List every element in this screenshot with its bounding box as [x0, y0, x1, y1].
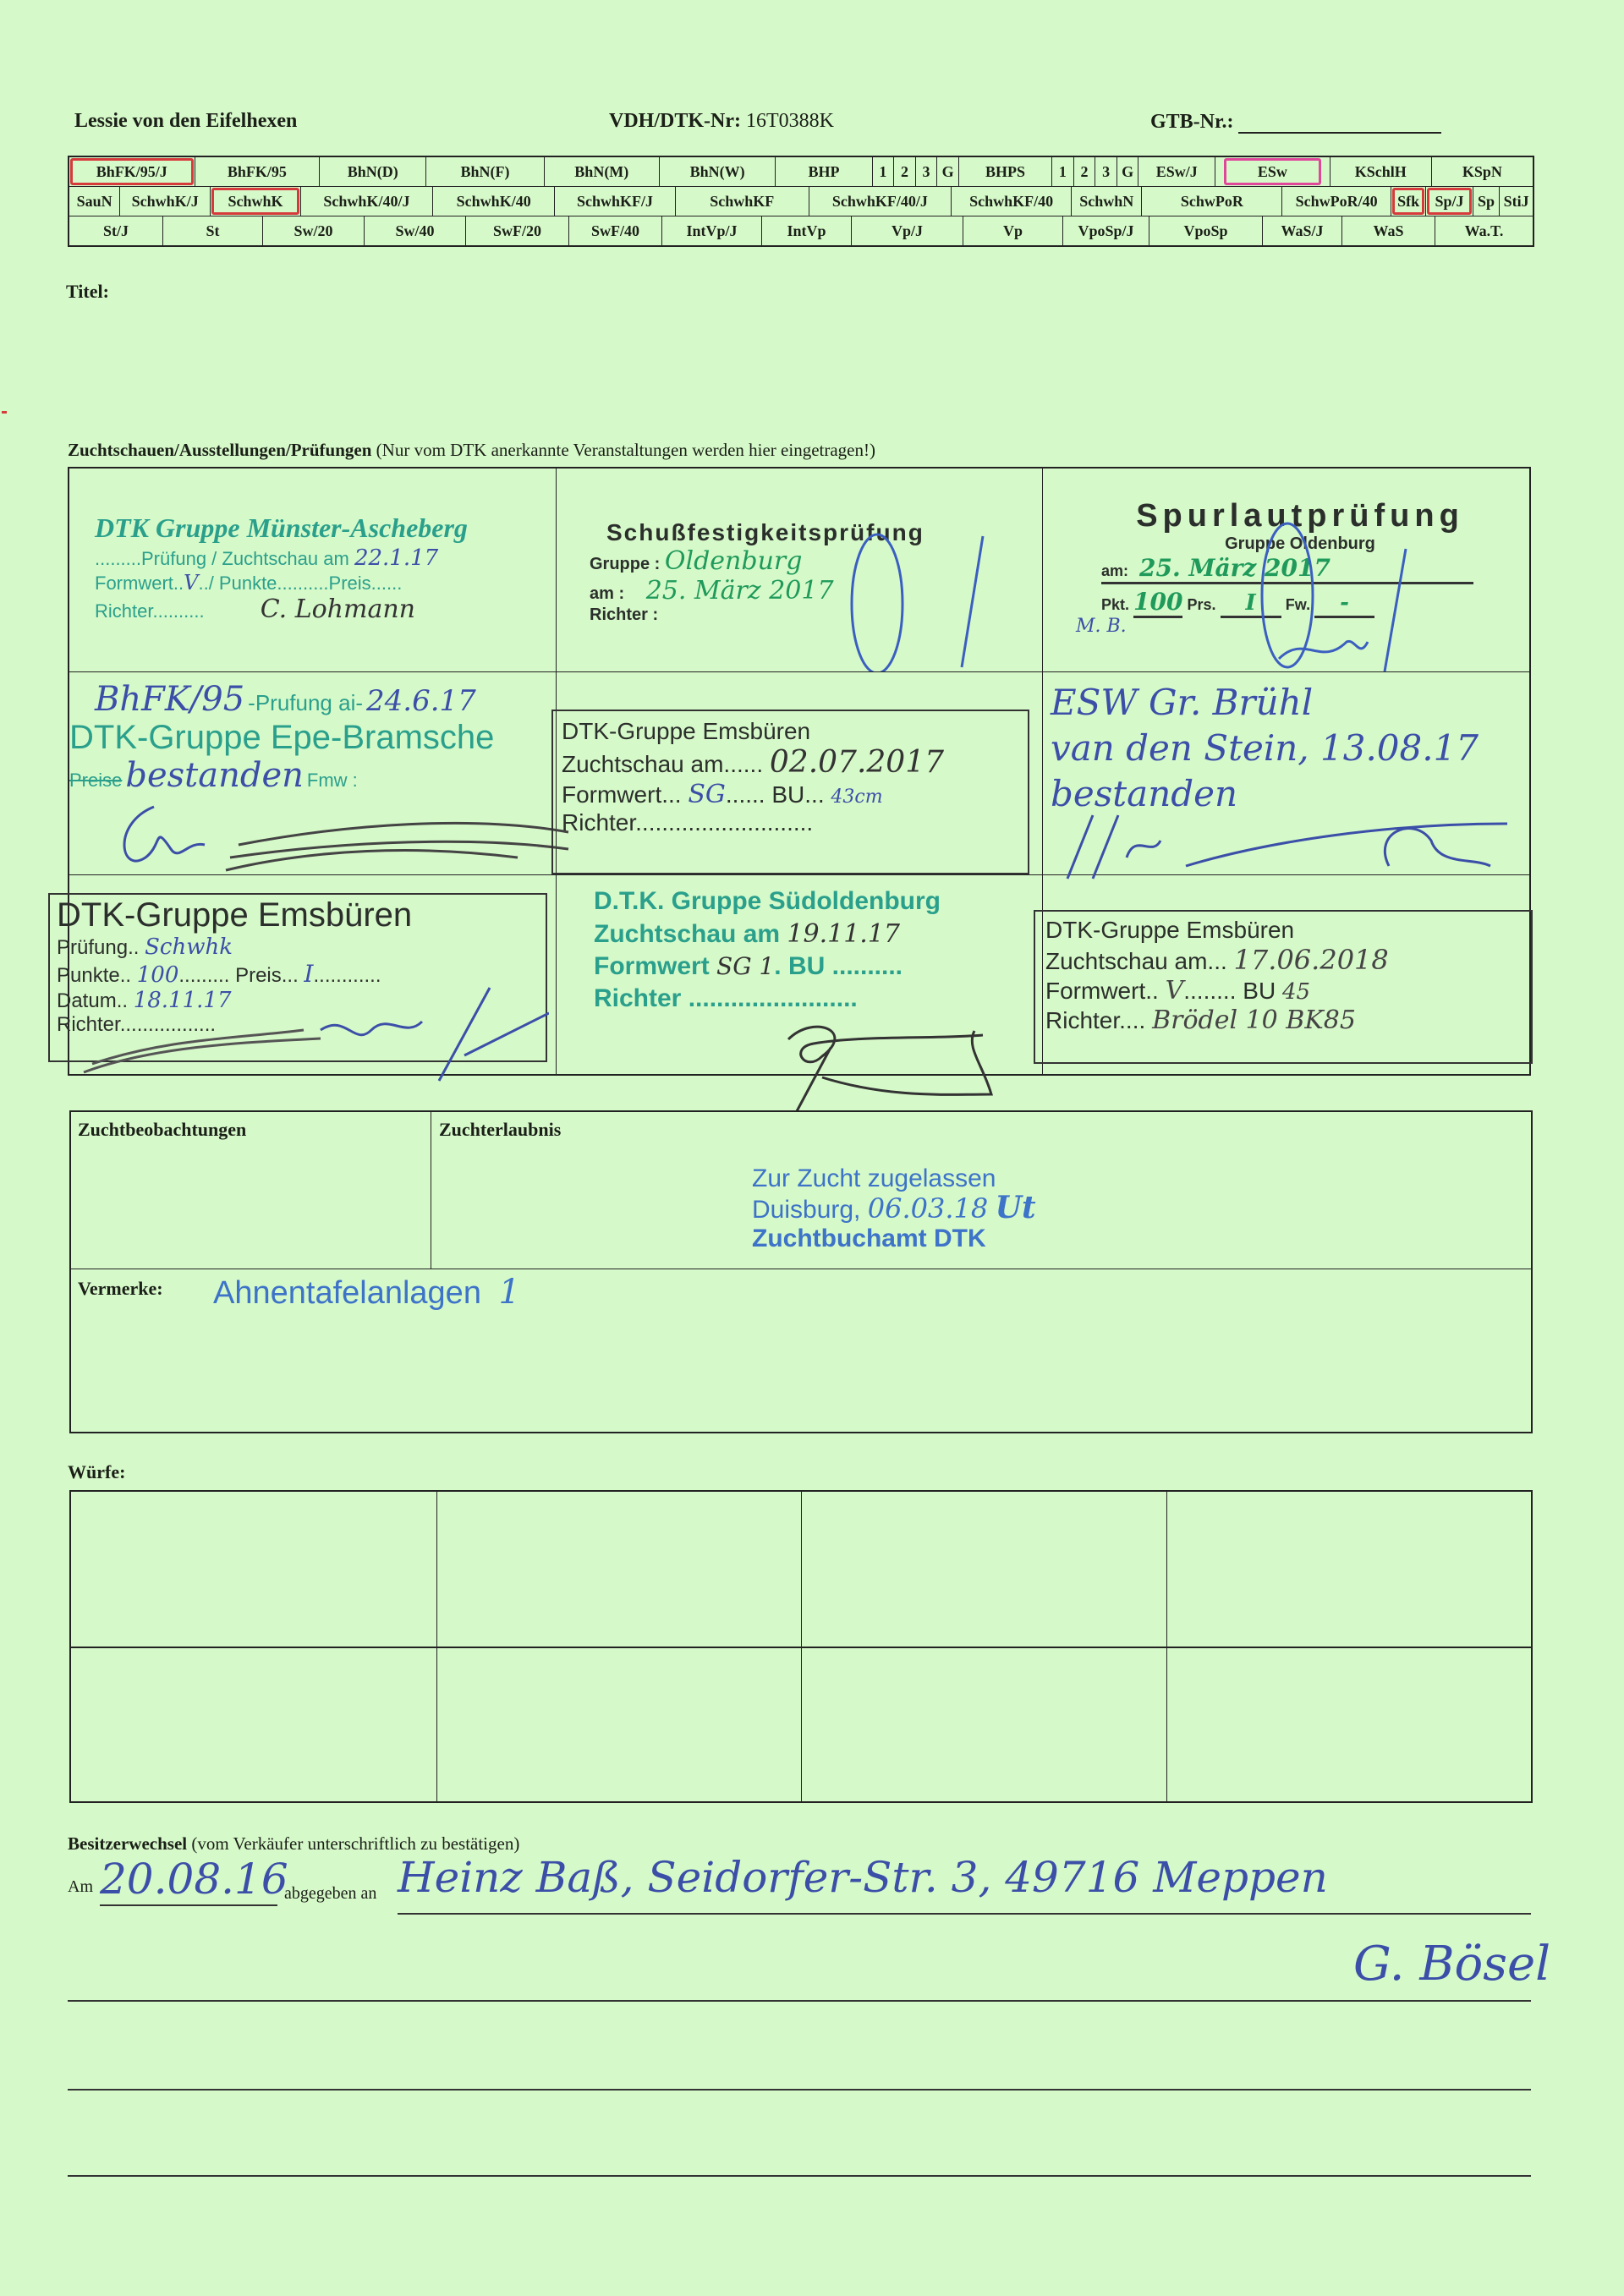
code-cell[interactable]: BhFK/95/J [69, 157, 195, 186]
entry-line: Prüfung.. Schwhk [50, 934, 546, 960]
entry-label: Richter [562, 809, 635, 836]
entry-label: am : [590, 584, 624, 603]
code-cell[interactable]: SchwhK/40/J [300, 187, 432, 216]
entry-label: Preise [69, 770, 122, 791]
permit-stamp-line: Duisburg, 06.03.18 Ut [752, 1193, 1036, 1225]
shows-table: DTK Gruppe Münster-Ascheberg .........Pr… [68, 467, 1531, 1076]
show-entry-epe-bramsche: BhFK/95 -Prufung ai- 24.6.17 DTK-Gruppe … [69, 680, 577, 795]
code-cell[interactable]: SchwhK/40 [432, 187, 554, 216]
show-entry-sudoldenburg: D.T.K. Gruppe Südoldenburg Zuchtschau am… [594, 887, 1051, 1013]
code-cell[interactable]: StiJ [1499, 187, 1533, 216]
code-cell[interactable]: SwF/20 [465, 216, 568, 245]
codes-row: SauNSchwhK/JSchwhKSchwhK/40/JSchwhK/40Sc… [69, 186, 1533, 216]
judge-signature-scribble [67, 979, 549, 1089]
code-cell[interactable]: BhN(M) [544, 157, 659, 186]
entry-line: BhFK/95 -Prufung ai- 24.6.17 [69, 680, 577, 719]
signature-line [68, 2000, 1531, 2002]
code-cell[interactable]: Sp [1473, 187, 1500, 216]
entry-line: Richter.......... C. Lohmann [95, 595, 568, 624]
owner-change-am: Am [68, 1877, 93, 1897]
entry-label: Gruppe : [590, 555, 660, 573]
litter-cell[interactable] [71, 1492, 436, 1647]
judge-signature-scribble [763, 1014, 1034, 1115]
entry-label: Formwert [1045, 978, 1145, 1004]
code-cell[interactable]: 3 [915, 157, 937, 186]
codes-row: St/JStSw/20Sw/40SwF/20SwF/40IntVp/JIntVp… [69, 216, 1533, 245]
owner-change-note: (vom Verkäufer unterschriftlich zu bestä… [191, 1833, 519, 1854]
code-cell[interactable]: BHPS [958, 157, 1051, 186]
code-cell[interactable]: 3 [1095, 157, 1116, 186]
code-cell[interactable]: SchwPoR [1141, 187, 1281, 216]
entry-label: -Prufung ai- [248, 690, 363, 715]
permit-stamp: Zur Zucht zugelassen Duisburg, 06.03.18 … [752, 1164, 1036, 1253]
judge-signature-scribble [1051, 807, 1524, 883]
entry-label: Zuchtschau am [1045, 948, 1207, 974]
entry-date: 24.6.17 [366, 684, 476, 718]
owner-change-date: 20.08.16 [100, 1854, 277, 1906]
code-cell[interactable]: SchwPoR/40 [1281, 187, 1391, 216]
code-cell[interactable]: BHP [775, 157, 871, 186]
litters-label: Würfe: [68, 1461, 125, 1483]
entry-formwert: V [1166, 976, 1184, 1006]
entry-bu: 43cm [831, 786, 882, 808]
code-cell[interactable]: Sfk [1391, 187, 1426, 216]
code-cell[interactable]: ESw [1215, 157, 1330, 186]
show-entry-emsburen-1: DTK-Gruppe Emsbüren Zuchtschau am...... … [551, 710, 1029, 874]
show-entry-shot-test: Schußfestigkeitsprüfung Gruppe : Oldenbu… [590, 519, 1046, 625]
entry-formwert: SG 1 [716, 952, 774, 980]
litter-cell[interactable] [1166, 1492, 1532, 1647]
code-cell[interactable]: St/J [69, 216, 162, 245]
vdh-label: VDH/DTK-Nr: [609, 110, 741, 132]
code-cell[interactable]: SchwhK/J [119, 187, 210, 216]
permit-initials: Ut [996, 1190, 1036, 1225]
litters-grid [69, 1490, 1533, 1803]
entry-label: Richter [594, 984, 681, 1012]
litter-cell[interactable] [801, 1492, 1166, 1647]
show-entry-track-test: Spurlautprüfung Gruppe Oldenburg am: 25.… [1076, 498, 1524, 637]
entry-formwert: SG [688, 780, 726, 809]
margin-mark [2, 411, 7, 414]
code-cell[interactable]: VpoSp/J [1062, 216, 1149, 245]
entry-line: Zuchtschau am...... 02.07.2017 [553, 745, 1028, 780]
litter-cell[interactable] [436, 1492, 802, 1647]
entry-line: Formwert..V../ Punkte..........Preis....… [95, 571, 568, 595]
code-cell[interactable]: IntVp/J [661, 216, 761, 245]
code-cell[interactable]: SchwhKF/40/J [809, 187, 951, 216]
permit-stamp-line: Zuchtbuchamt DTK [752, 1225, 1036, 1253]
code-cell[interactable]: SauN [69, 187, 119, 216]
entry-label: Formwert [594, 952, 710, 980]
entry-result: bestanden [125, 756, 304, 795]
entry-line: Zuchtschau am... 17.06.2018 [1035, 944, 1531, 976]
shows-heading-title: Zuchtschauen/Ausstellungen/Prüfungen [68, 440, 371, 460]
entry-label: / Punkte [209, 573, 277, 594]
code-cell[interactable]: SchwhN [1071, 187, 1141, 216]
code-cell[interactable]: SchwhKF/J [554, 187, 674, 216]
codes-row: BhFK/95/JBhFK/95BhN(D)BhN(F)BhN(M)BhN(W)… [69, 157, 1533, 186]
code-cell[interactable]: 2 [893, 157, 915, 186]
signature-line [398, 1913, 1531, 1915]
entry-label: Formwert [562, 781, 661, 808]
code-cell[interactable]: Sw/40 [364, 216, 465, 245]
owner-change-recipient: Heinz Baß, Seidorfer-Str. 3, 49716 Meppe… [398, 1852, 1328, 1903]
code-cell[interactable]: Vp/J [851, 216, 963, 245]
entry-formwert: V [184, 571, 198, 595]
entry-label: Pkt. [1101, 596, 1129, 613]
entry-line: Formwert... SG...... BU... 43cm [553, 780, 1028, 809]
code-cell[interactable]: G [936, 157, 958, 186]
code-cell[interactable]: 1 [872, 157, 894, 186]
permit-date: 06.03.18 [868, 1192, 989, 1225]
entry-date: 17.06.2018 [1234, 944, 1389, 976]
entry-label: Richter : [590, 606, 658, 624]
entry-line: Preise bestanden Fmw : [69, 756, 577, 795]
observations-label: Zuchtbeobachtungen [78, 1119, 246, 1141]
entry-label: Zuchtschau am [594, 920, 780, 948]
entry-label: Richter [95, 600, 152, 622]
owner-change-title: Besitzerwechsel [68, 1833, 187, 1854]
gtb-number: GTB-Nr.: [1150, 110, 1441, 134]
remarks-stamp: Ahnentafelanlagen 1 [213, 1273, 520, 1312]
entry-line: Formwert.. V........ BU 45 [1035, 976, 1531, 1006]
entry-date: 19.11.17 [787, 919, 900, 949]
entry-org: DTK-Gruppe Emsbüren [1035, 912, 1531, 944]
signature-line [68, 2175, 1531, 2177]
litter-cell[interactable] [436, 1647, 802, 1801]
seller-signature: G. Bösel [1353, 1937, 1550, 1992]
permit-stamp-line: Zur Zucht zugelassen [752, 1164, 1036, 1193]
entry-line: Formwert SG 1. BU .......... [594, 952, 1051, 981]
litter-cell[interactable] [71, 1647, 436, 1801]
entry-label: am: [1101, 562, 1128, 579]
entry-label: Zuchtschau am [562, 751, 723, 777]
entry-label: .........Prüfung / Zuchtschau am [95, 548, 349, 569]
entry-label: Prüfung [57, 936, 128, 959]
entry-org: DTK-Gruppe Emsbüren [553, 711, 1028, 745]
judge-signature-scribble [835, 519, 1021, 671]
owner-change-given: abgegeben an [284, 1884, 376, 1904]
code-cell[interactable]: SchwhKF/40 [951, 187, 1071, 216]
entry-org: DTK-Gruppe Epe-Bramsche [69, 719, 577, 756]
entry-label: BU [771, 781, 804, 808]
code-cell[interactable]: ESw/J [1138, 157, 1215, 186]
entry-org: D.T.K. Gruppe Südoldenburg [594, 887, 1051, 916]
code-cell[interactable]: Sw/20 [262, 216, 364, 245]
entry-label: Preis [329, 573, 371, 594]
gtb-label: GTB-Nr.: [1150, 111, 1233, 133]
code-cell[interactable]: WaS [1341, 216, 1435, 245]
permit-place: Duisburg, [752, 1196, 860, 1224]
code-cell[interactable]: SchwhK [210, 187, 300, 216]
entry-label: BU [1243, 978, 1276, 1004]
dog-name: Lessie von den Eifelhexen [74, 110, 297, 133]
code-cell[interactable]: IntVp [761, 216, 851, 245]
code-cell[interactable]: Wa.T. [1435, 216, 1533, 245]
code-cell[interactable]: WaS/J [1262, 216, 1341, 245]
shows-heading: Zuchtschauen/Ausstellungen/Prüfungen (Nu… [68, 440, 875, 461]
code-cell[interactable]: BhN(W) [659, 157, 776, 186]
entry-test: Schwhk [145, 934, 233, 960]
remarks-count: 1 [499, 1273, 520, 1312]
entry-line: van den Stein, 13.08.17 [1051, 726, 1524, 771]
code-cell[interactable]: BhN(F) [425, 157, 544, 186]
remarks-stamp-text: Ahnentafelanlagen [213, 1275, 481, 1311]
entry-date: 25. März 2017 [646, 576, 834, 606]
code-cell[interactable]: 2 [1073, 157, 1095, 186]
entry-date: 02.07.2017 [770, 745, 944, 780]
entry-date: 22.1.17 [354, 545, 438, 571]
litter-cell[interactable] [801, 1647, 1166, 1801]
entry-org: DTK Gruppe Münster-Ascheberg [95, 512, 568, 544]
show-entry-emsburen-3: DTK-Gruppe Emsbüren Zuchtschau am... 17.… [1034, 910, 1533, 1064]
entry-group: Oldenburg [665, 546, 803, 576]
entry-label: Formwert [95, 573, 173, 594]
code-cell[interactable]: KSpN [1431, 157, 1533, 186]
entry-line: .........Prüfung / Zuchtschau am 22.1.17 [95, 545, 568, 571]
code-cell[interactable]: St [162, 216, 262, 245]
code-cell[interactable]: KSchlH [1330, 157, 1431, 186]
code-cell[interactable]: SchwhKF [675, 187, 809, 216]
grid-line [71, 1269, 1531, 1269]
permit-label: Zuchterlaubnis [439, 1119, 561, 1141]
remarks-label: Vermerke: [78, 1278, 163, 1300]
code-cell[interactable]: G [1116, 157, 1138, 186]
show-entry-esw: ESW Gr. Brühl van den Stein, 13.08.17 be… [1051, 680, 1524, 817]
code-cell[interactable]: 1 [1051, 157, 1073, 186]
entry-line: ESW Gr. Brühl [1051, 680, 1524, 726]
grid-line [431, 1112, 431, 1269]
entry-bu: 45 [1282, 979, 1310, 1005]
entry-line: Richter ........................ [594, 984, 1051, 1013]
entry-label: Richter [1045, 1007, 1119, 1033]
signature-line [68, 2089, 1531, 2091]
code-cell[interactable]: Vp [963, 216, 1062, 245]
exam-codes-table: BhFK/95/JBhFK/95BhN(D)BhN(F)BhN(M)BhN(W)… [68, 156, 1534, 247]
entry-points: 100 [1133, 588, 1182, 618]
entry-judge: Brödel 10 BK85 [1152, 1006, 1356, 1035]
entry-line: Richter........................... [553, 809, 1028, 836]
breeding-section: Zuchtbeobachtungen Zuchterlaubnis Zur Zu… [69, 1110, 1533, 1433]
code-cell[interactable]: Sp/J [1425, 187, 1472, 216]
judge-signature: C. Lohmann [261, 595, 415, 624]
vdh-value: 16T0388K [746, 110, 834, 132]
code-cell[interactable]: VpoSp [1149, 216, 1262, 245]
vdh-number: VDH/DTK-Nr: 16T0388K [609, 110, 834, 133]
judge-signature-scribble [95, 798, 602, 891]
entry-line: Richter.... Brödel 10 BK85 [1035, 1006, 1531, 1035]
code-cell[interactable]: BhN(D) [319, 157, 425, 186]
litter-cell[interactable] [1166, 1647, 1532, 1801]
entry-org: DTK-Gruppe Emsbüren [50, 895, 546, 934]
judge-signature-scribble [1245, 515, 1457, 676]
entry-label: Prs. [1188, 596, 1216, 613]
entry-label: Fmw : [307, 770, 358, 791]
entry-label: BU [788, 952, 825, 980]
shows-heading-note: (Nur vom DTK anerkannte Veranstaltungen … [376, 440, 875, 460]
code-cell[interactable]: BhFK/95 [195, 157, 320, 186]
entry-test: BhFK/95 [95, 680, 244, 719]
gtb-field[interactable] [1238, 110, 1441, 134]
show-entry-munster: DTK Gruppe Münster-Ascheberg .........Pr… [95, 512, 568, 624]
code-cell[interactable]: SwF/40 [568, 216, 661, 245]
title-label: Titel: [66, 281, 109, 303]
show-entry-emsburen-2: DTK-Gruppe Emsbüren Prüfung.. Schwhk Pun… [48, 893, 547, 1062]
entry-line: Zuchtschau am 19.11.17 [594, 919, 1051, 949]
